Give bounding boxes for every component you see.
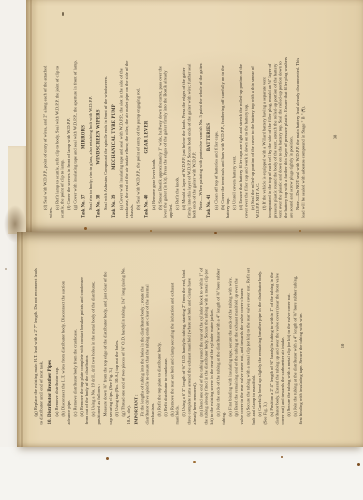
task-heading-39: Task No. 39 MECHANICAL TYRE PUMP — [111, 56, 116, 218]
manual-paragraph: (n) Join the ends of the tubing at the d… — [215, 267, 226, 424]
manual-paragraph: (c) Remove distributor body from the cra… — [72, 267, 77, 424]
task-title: MECHANICAL TYRE PUMP — [111, 56, 116, 218]
manual-paragraph: (b) Smear Bostik approximately 1" wide, … — [157, 56, 173, 218]
manual-paragraph: (g) Cover with insulating tape and seal … — [72, 56, 77, 218]
page-number: 38 — [332, 56, 337, 218]
manual-paragraph: (s) Position a 2' 4" length of ⅜" bandyl… — [269, 267, 285, 424]
manual-paragraph: (e) Using a No. 19 drill, drill two hole… — [91, 267, 102, 424]
manual-paragraph: (r) Carefully bend up slightly the remai… — [257, 267, 268, 424]
foxing-dot — [193, 461, 196, 463]
manual-paragraph: Seal with Asbestos Compound the spindle … — [103, 56, 108, 218]
task-title: MIRRORS — [80, 56, 85, 218]
manual-paragraph: (e) Refit lamp to scuttle, refit clip to… — [54, 56, 65, 218]
manual-paragraph: (a) Cover with insulating tape and seal … — [118, 56, 134, 218]
foxing-dot — [299, 230, 301, 232]
foxing-dot — [106, 457, 109, 460]
foxing-dot — [281, 456, 283, 458]
manual-paragraph: (o) First binding with insulating tape, … — [227, 267, 232, 424]
task-heading-38: Task No. 38 WINDSCREEN WIPERS — [96, 56, 101, 218]
manual-paragraph: (q) Secure the tubing with a metal clip … — [245, 267, 256, 424]
note-paragraph: Note.—Do NOT seal with W.D.P.P. the main… — [294, 56, 305, 218]
page-10: (g) Replace the existing main H.T. lead … — [17, 232, 363, 447]
manual-paragraph: (d) Ensure that battery filler caps are … — [237, 56, 248, 218]
manual-paragraph: (t) Secure the tubing with a metal clip … — [286, 267, 291, 424]
manual-paragraph: (d) Mould a layer of W.D.P.P. just below… — [180, 56, 196, 218]
foxing-dot — [5, 268, 7, 270]
manual-paragraph: (p) Bend the remaining end of the tubing… — [234, 267, 245, 424]
manual-paragraph: (a) Remove distributor cap. — [54, 267, 59, 424]
manual-paragraph: (l) Using a 6' 3" length of ⅜" O.D. band… — [181, 267, 197, 424]
manual-paragraph: (g) Thread one end of two pieces of ⅜" O… — [121, 267, 132, 424]
manual-paragraph: (d) Seal with W.D.P.P., point of entry o… — [42, 56, 53, 218]
manual-paragraph: (c) Unroll covers battery vent. — [231, 56, 236, 218]
task-title: WINDSCREEN WIPERS — [96, 56, 101, 218]
sub-paragraph: Measure down ⅜" from the top edge of the… — [102, 267, 113, 424]
manual-paragraph: (e) Seal the rolled-up portion of the co… — [249, 56, 260, 218]
section-heading: 10. Distributor Breather Pipes — [47, 267, 52, 424]
manual-paragraph: (f) Cover the screws in front of lamp wi… — [66, 56, 71, 218]
important-label: IMPORTANT : — [133, 267, 138, 424]
task-heading-41: Task No. 41 BATTERIES — [206, 56, 211, 218]
page-38-content: (d) Seal with W.D.P.P., point of entry o… — [26, 0, 363, 232]
manual-paragraph: (k) Remove the rear set bolt and clamp s… — [169, 267, 180, 424]
manual-paragraph: (g) Replace the existing main H.T. lead … — [33, 267, 44, 424]
note-paragraph: Note.—When painting with protective varn… — [198, 56, 203, 218]
page-number: 10 — [340, 267, 345, 424]
ink-speck — [62, 12, 64, 16]
manual-paragraph: (b) Disconnect the L.T. wires from distr… — [61, 267, 72, 424]
foxing-dot — [150, 230, 152, 232]
manual-paragraph: (f) If the vehicle is equipped with a Wi… — [261, 56, 293, 218]
task-title: BATTERIES — [206, 56, 211, 218]
manual-paragraph: (d) Remove the top plate complete with c… — [79, 267, 90, 424]
foxing-dot — [214, 232, 217, 234]
page-38: (d) Seal with W.D.P.P., point of entry o… — [26, 0, 363, 232]
important-paragraph: Fit the lengths of tubing into the holes… — [139, 267, 155, 424]
manual-paragraph: (f) Using tap (No. 10.A.) tap out the ho… — [114, 267, 119, 424]
manual-paragraph: (i) Refit distributor to crankcase. — [163, 267, 168, 424]
manual-paragraph: (a) Clean off top of batteries and fille… — [213, 56, 218, 218]
manual-paragraph: (m) Bend one end of the tubing round the… — [198, 267, 214, 424]
page-10-content: (g) Replace the existing main H.T. lead … — [17, 232, 363, 447]
manual-paragraph: Seal rim to body; rim to glass, also ret… — [87, 56, 92, 218]
task-heading-37: Task No. 37 MIRRORS — [80, 56, 85, 218]
scanned-document: (d) Seal with W.D.P.P., point of entry o… — [0, 0, 363, 500]
manual-paragraph: (u) Join the tubing at the distributor w… — [293, 267, 304, 424]
task-heading-40: Task No. 40 GEAR LEVER — [143, 56, 148, 218]
foxing-dot — [84, 227, 87, 230]
manual-paragraph: (b) Seal with W.D.P.P., the point of ent… — [135, 56, 140, 218]
scanner-background — [0, 447, 363, 500]
foxing-dot — [357, 463, 360, 466]
manual-paragraph: (c) Refit the knob. — [174, 56, 179, 218]
manual-paragraph: (h) Refit the top plate to distributor b… — [156, 267, 161, 424]
manual-paragraph: (a) Remove gear lever knob. — [150, 56, 155, 218]
manual-paragraph: (b) Cover the terminals and bars with W.… — [219, 56, 230, 218]
task-title: GEAR LEVER — [143, 56, 148, 218]
